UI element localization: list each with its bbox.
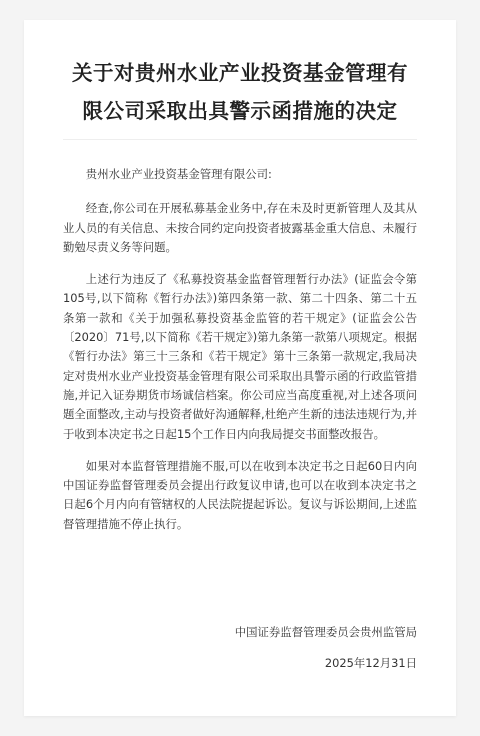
title-divider <box>63 139 417 140</box>
document-body: 贵州水业产业投资基金管理有限公司: 经查,你公司在开展私募基金业务中,存在未及时… <box>63 165 417 534</box>
paragraph-appeal-rights: 如果对本监督管理措施不服,可以在收到本决定书之日起60日内向中国证券监督管理委员… <box>63 457 417 534</box>
title-line-1: 关于对贵州水业产业投资基金管理有 <box>72 61 408 85</box>
document-card: 关于对贵州水业产业投资基金管理有 限公司采取出具警示函措施的决定 贵州水业产业投… <box>24 20 456 716</box>
salutation: 贵州水业产业投资基金管理有限公司: <box>63 165 417 184</box>
signature-date: 2025年12月31日 <box>325 655 417 671</box>
document-title: 关于对贵州水业产业投资基金管理有 限公司采取出具警示函措施的决定 <box>63 54 417 130</box>
title-line-2: 限公司采取出具警示函措施的决定 <box>83 99 398 123</box>
paragraph-findings: 经查,你公司在开展私募基金业务中,存在未及时更新管理人及其从业人员的有关信息、未… <box>63 199 417 257</box>
signature-organization: 中国证券监督管理委员会贵州监管局 <box>235 624 417 640</box>
paragraph-violation-decision: 上述行为违反了《私募投资基金监督管理暂行办法》(证监会令第105号,以下简称《暂… <box>63 270 417 444</box>
